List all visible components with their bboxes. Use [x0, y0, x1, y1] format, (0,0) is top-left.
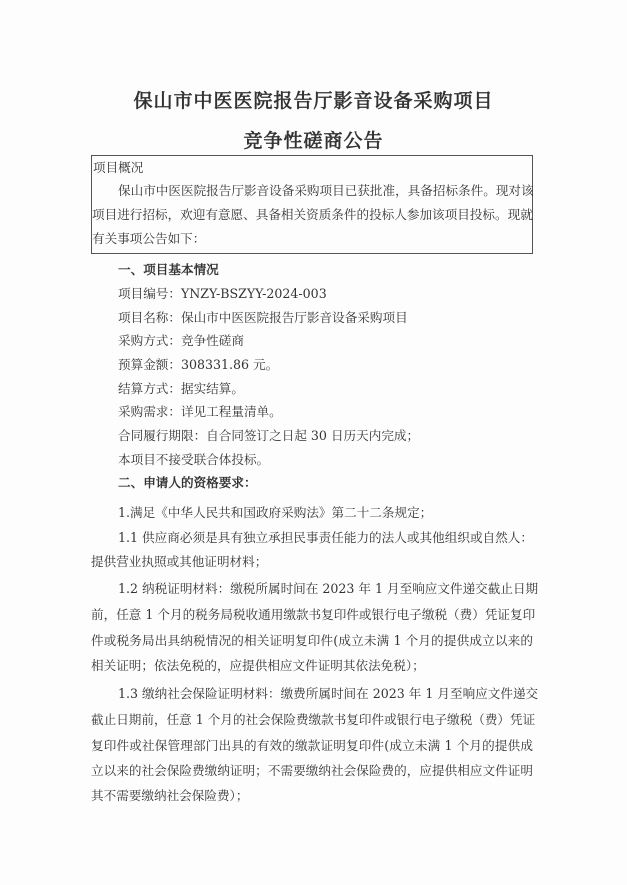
overview-heading: 项目概况 [93, 160, 143, 176]
section-heading: 一、项目基本情况 [118, 262, 219, 278]
requirement-paragraph: 1.3 缴纳社会保险证明材料：缴费所属时间在 2023 年 1 月至响应文件递交 [118, 686, 533, 702]
requirement-paragraph: 提供营业执照或其他证明材料； [91, 554, 267, 570]
document-title: 保山市中医医院报告厅影音设备采购项目 [0, 86, 627, 113]
overview-line: 保山市中医医院报告厅影音设备采购项目已获批准，具备招标条件。现对该 [118, 183, 533, 199]
info-item-contract-period: 合同履行期限：自合同签订之日起 30 日历天内完成； [118, 428, 419, 444]
overview-line: 项目进行招标，欢迎有意愿、具备相关资质条件的投标人参加该项目投标。现就 [92, 207, 532, 223]
requirement-paragraph: 1.2 纳税证明材料：缴税所属时间在 2023 年 1 月至响应文件递交截止日期 [118, 581, 533, 597]
info-item-consortium: 本项目不接受联合体投标。 [118, 452, 269, 468]
requirement-paragraph: 1.1 供应商必须是具有独立承担民事责任能力的法人或其他组织或自然人： [118, 530, 533, 546]
info-item-requirement: 采购需求：详见工程量清单。 [118, 404, 282, 420]
requirement-paragraph: 其不需要缴纳社会保险费）； [91, 788, 248, 804]
overview-line: 有关事项公告如下： [92, 231, 205, 247]
info-item-budget: 预算金额：308331.86 元。 [118, 357, 278, 373]
info-item-settlement: 结算方式：据实结算。 [118, 381, 244, 397]
requirement-paragraph: 前，任意 1 个月的税务局税收通用缴款书复印件或银行电子缴税（费）凭证复印 [91, 607, 533, 623]
requirement-paragraph: 1.满足《中华人民共和国政府采购法》第二十二条规定； [118, 505, 432, 521]
info-item-project-name: 项目名称：保山市中医医院报告厅影音设备采购项目 [118, 310, 408, 326]
requirement-paragraph: 复印件或社保管理部门出具的有效的缴款证明复印件(成立未满 1 个月的提供成 [91, 738, 533, 754]
requirement-paragraph: 相关证明；依法免税的，应提供相应文件证明其依法免税）； [91, 658, 425, 674]
document-subtitle: 竞争性磋商公告 [0, 126, 627, 153]
requirement-paragraph: 截止日期前，任意 1 个月的社会保险费缴款书复印件或银行电子缴税（费）凭证 [91, 712, 533, 728]
info-item-project-number: 项目编号：YNZY-BSZYY-2024-003 [118, 286, 327, 302]
requirement-paragraph: 件或税务局出具纳税情况的相关证明复印件(成立未满 1 个月的提供成立以来的 [91, 633, 533, 649]
info-item-procurement-method: 采购方式：竞争性磋商 [118, 333, 244, 349]
section-heading: 二、申请人的资格要求： [118, 475, 257, 491]
requirement-paragraph: 立以来的社会保险费缴纳证明；不需要缴纳社会保险费的，应提供相应文件证明 [91, 763, 533, 779]
